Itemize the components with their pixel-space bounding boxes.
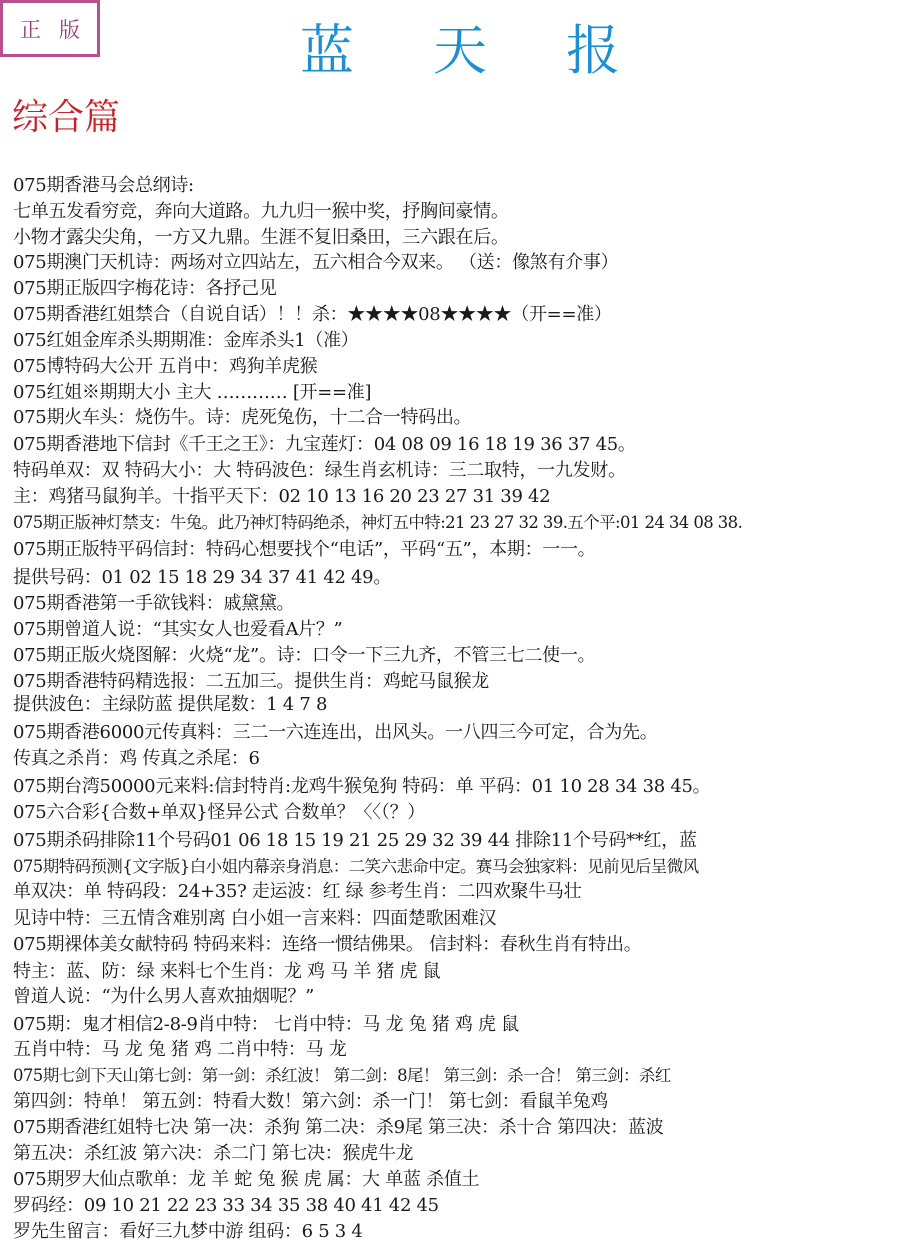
text-line: 075期香港6000元传真料：三二一六连连出，出风头。一八四三今可定，合为先。	[13, 721, 657, 745]
text-line: 075期香港红姐禁合（自说自话）！！杀：★★★★08★★★★（开==准）	[13, 303, 612, 327]
text-line: 075期香港马会总纲诗:	[13, 174, 194, 198]
text-line: 提供波色：主绿防蓝 提供尾数：1 4 7 8	[13, 693, 327, 717]
text-line: 单双决：单 特码段：24+35? 走运波：红 绿 参考生肖：二四欢聚牛马壮	[13, 880, 581, 904]
text-line: 075红姐金库杀头期期准：金库杀头1（准）	[13, 329, 359, 353]
text-line: 罗码经：09 10 21 22 23 33 34 35 38 40 41 42 …	[13, 1194, 439, 1218]
text-line: 罗先生留言：看好三九梦中游 组码：6 5 3 4	[13, 1220, 363, 1243]
text-line: 第四剑：特单！ 第五剑：特看大数！第六剑：杀一门！ 第七剑：看鼠羊兔鸡	[13, 1090, 608, 1114]
text-line: 五肖中特：马 龙 兔 猪 鸡 二肖中特：马 龙	[13, 1038, 346, 1062]
badge-char-right: 版	[59, 14, 80, 44]
text-line: 主：鸡猪马鼠狗羊。十指平天下：02 10 13 16 20 23 27 31 3…	[13, 485, 550, 509]
title-char-3: 报	[566, 18, 620, 84]
text-line: 075博特码大公开 五肖中：鸡狗羊虎猴	[13, 355, 317, 379]
text-line: 075期正版特平码信封：特码心想要找个“电话”，平码“五”，本期：一一。	[13, 538, 595, 562]
text-line: 075期台湾50000元来料:信封特肖:龙鸡牛猴兔狗 特码：单 平码：01 10…	[13, 775, 710, 799]
text-line: 075期火车头：烧伤牛。诗：虎死兔伤，十二合一特码出。	[13, 406, 471, 430]
text-line: 075期香港地下信封《千王之王》：九宝莲灯：04 08 09 16 18 19 …	[13, 433, 636, 457]
section-heading: 综合篇	[12, 96, 120, 140]
text-line: 075期杀码排除11个号码01 06 18 15 19 21 25 29 32 …	[13, 829, 697, 853]
text-line: 小物才露尖尖角，一方又九鼎。生涯不复旧桑田，三六跟在后。	[13, 226, 509, 250]
text-line: 特码单双：双 特码大小：大 特码波色：绿生肖玄机诗：三二取特，一九发财。	[13, 459, 626, 483]
text-line: 传真之杀肖：鸡 传真之杀尾：6	[13, 747, 260, 771]
text-line: 075期曾道人说：“其实女人也爱看A片？”	[13, 618, 342, 642]
badge-char-left: 正	[20, 14, 41, 44]
authentic-edition-badge: 正 版	[0, 0, 100, 57]
text-line: 075期正版四字梅花诗：各抒己见	[13, 277, 277, 301]
text-line: 075六合彩{合数+单双}怪异公式 合数单？〈〈（？）	[13, 801, 425, 825]
text-line: 075期七剑下天山第七剑：第一剑：杀红波！ 第二剑：8尾！ 第三剑：杀一合！ 第…	[13, 1064, 671, 1088]
text-line: 075红姐※期期大小 主大 ………… [开==准]	[13, 381, 371, 405]
text-line: 第五决：杀红波 第六决：杀二门 第七决：猴虎牛龙	[13, 1142, 413, 1166]
text-line: 曾道人说：“为什么男人喜欢抽烟呢？”	[13, 985, 314, 1009]
text-line: 075期正版神灯禁支：牛兔。此乃神灯特码绝杀，神灯五中特:21 23 27 32…	[13, 511, 742, 535]
text-line: 075期香港特码精选报：二五加三。提供生肖：鸡蛇马鼠猴龙	[13, 670, 489, 694]
text-line: 075期澳门天机诗：两场对立四站左，五六相合今双来。 （送：像煞有介事）	[13, 251, 618, 275]
text-line: 075期香港红姐特七决 第一决：杀狗 第二决：杀9尾 第三决：杀十合 第四决：蓝…	[13, 1116, 663, 1140]
title-char-2: 天	[433, 18, 487, 84]
text-line: 075期香港第一手欲钱料：戚黛黛。	[13, 592, 294, 616]
text-line: 七单五发看穷竞，奔向大道路。九九归一猴中奖，抒胸间豪情。	[13, 200, 509, 224]
text-line: 见诗中特：三五情含难别离 白小姐一言来料：四面楚歌困难汉	[13, 907, 496, 931]
page-title: 蓝 天 报	[300, 18, 620, 84]
text-line: 075期裸体美女献特码 特码来料：连络一惯结佛果。 信封料：春秋生肖有特出。	[13, 933, 641, 957]
text-line: 075期罗大仙点歌单：龙 羊 蛇 兔 猴 虎 属：大 单蓝 杀值土	[13, 1168, 479, 1192]
text-line: 075期特码预测{文字版}白小姐内幕亲身消息：二笑六悲命中定。赛马会独家料：见前…	[13, 855, 699, 879]
text-line: 提供号码：01 02 15 18 29 34 37 41 42 49。	[13, 566, 391, 590]
text-line: 075期正版火烧图解：火烧“龙”。诗：口令一下三九齐，不管三七二使一。	[13, 644, 595, 668]
text-line: 特主：蓝、防：绿 来料七个生肖：龙 鸡 马 羊 猪 虎 鼠	[13, 960, 440, 984]
text-line: 075期：鬼才相信2-8-9肖中特： 七肖中特：马 龙 兔 猪 鸡 虎 鼠	[13, 1013, 519, 1037]
title-char-1: 蓝	[300, 18, 354, 84]
